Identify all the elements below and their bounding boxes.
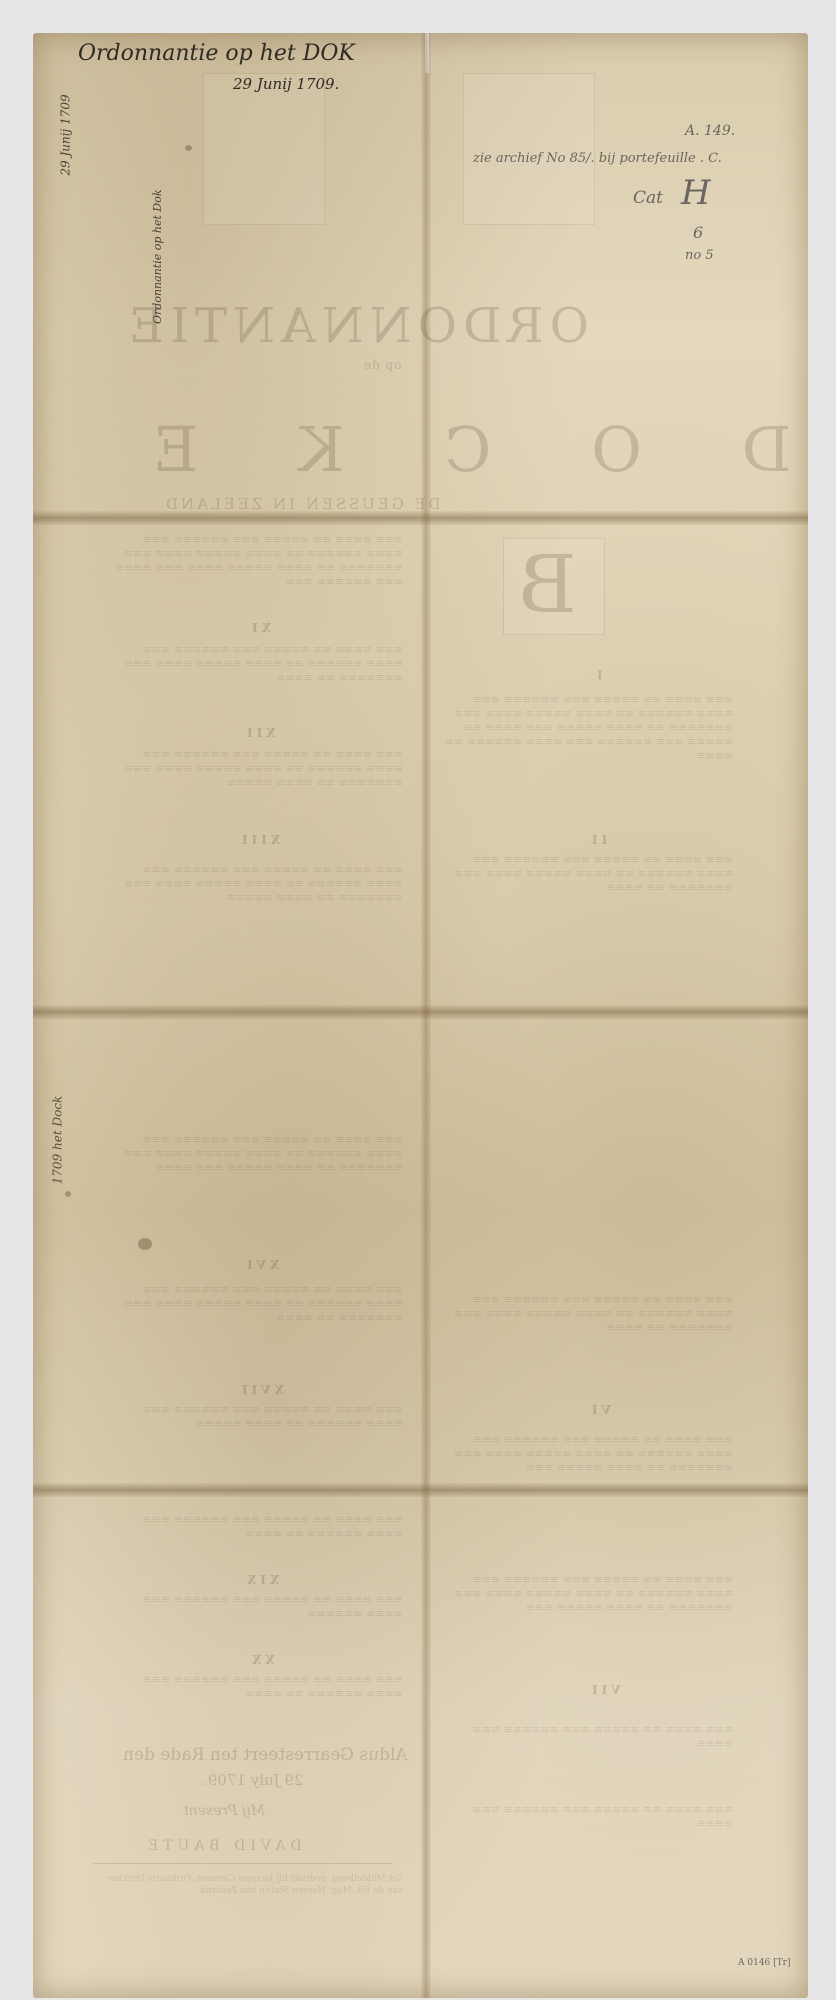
showthrough-title-line3: DE GEUSSEN IN ZEELAND (163, 495, 441, 513)
showthrough-body: ≡≡≡ ≡≡≡≡ ≡≡ ≡≡≡≡≡ ≡≡≡ ≡≡≡≡≡≡ ≡≡≡ ≡≡≡≡ ≡≡… (443, 693, 733, 823)
archive-note: zie archief No 85/. bij portefeuille . C… (473, 151, 722, 166)
showthrough-body: ≡≡≡ ≡≡≡≡ ≡≡ ≡≡≡≡≡ ≡≡≡ ≡≡≡≡≡≡ ≡≡≡ ≡≡≡≡ ≡≡… (113, 1283, 403, 1373)
showthrough-body: ≡≡≡ ≡≡≡≡ ≡≡ ≡≡≡≡≡ ≡≡≡ ≡≡≡≡≡≡ ≡≡≡ ≡≡≡≡ ≡≡… (113, 1133, 403, 1233)
showthrough-closing-3: Mij Present (183, 1803, 265, 1819)
margin-title: Ordonnantie op het Dok (151, 190, 164, 324)
showthrough-section: II (588, 833, 607, 847)
showthrough-woodcut-right (463, 73, 595, 225)
showthrough-woodcut-left (203, 73, 325, 225)
showthrough-body: ≡≡≡ ≡≡≡≡ ≡≡ ≡≡≡≡≡ ≡≡≡ ≡≡≡≡≡≡ ≡≡≡ ≡≡≡≡ ≡≡… (113, 748, 403, 818)
showthrough-body: ≡≡≡ ≡≡≡≡ ≡≡ ≡≡≡≡≡ ≡≡≡ ≡≡≡≡≡≡ ≡≡≡ ≡≡≡≡ ≡≡… (113, 1403, 403, 1473)
cat-letter: H (681, 173, 711, 213)
cat-no: no 5 (685, 248, 714, 263)
showthrough-section: I (593, 668, 603, 682)
showthrough-body: ≡≡≡ ≡≡≡≡ ≡≡ ≡≡≡≡≡ ≡≡≡ ≡≡≡≡≡≡ ≡≡≡ ≡≡≡≡ ≡≡… (443, 1573, 733, 1683)
cat-label: Cat (633, 188, 663, 208)
handwritten-date: 29 Junij 1709. (233, 75, 339, 93)
showthrough-rule (93, 1863, 393, 1864)
document-sheet: ORDONNANTIE op de D O C K E DE GEUSSEN I… (33, 33, 808, 1998)
bottom-stamp: A 0146 [Tr] (738, 1958, 790, 1968)
showthrough-body: ≡≡≡ ≡≡≡≡ ≡≡ ≡≡≡≡≡ ≡≡≡ ≡≡≡≡≡≡ ≡≡≡ ≡≡≡≡ ≡≡… (113, 533, 403, 613)
showthrough-body: ≡≡≡ ≡≡≡≡ ≡≡ ≡≡≡≡≡ ≡≡≡ ≡≡≡≡≡≡ ≡≡≡ ≡≡≡≡ ≡≡… (113, 863, 403, 943)
showthrough-section: XIX (243, 1573, 279, 1587)
stain (185, 145, 192, 151)
stain (138, 1238, 152, 1250)
showthrough-section: XVII (238, 1383, 284, 1397)
horizontal-fold-2 (33, 1005, 808, 1019)
showthrough-section: XI (248, 621, 271, 635)
showthrough-title-line2: D O C K E (113, 413, 791, 486)
cat-sub: 6 (693, 223, 703, 242)
showthrough-body: ≡≡≡ ≡≡≡≡ ≡≡ ≡≡≡≡≡ ≡≡≡ ≡≡≡≡≡≡ ≡≡≡ ≡≡≡≡ ≡≡… (443, 853, 733, 943)
showthrough-body: ≡≡≡ ≡≡≡≡ ≡≡ ≡≡≡≡≡ ≡≡≡ ≡≡≡≡≡≡ ≡≡≡ ≡≡≡≡ ≡≡… (113, 1593, 403, 1643)
horizontal-fold-1 (33, 511, 808, 525)
showthrough-signature: DAVID BAUTE (143, 1838, 302, 1854)
stain (65, 1191, 71, 1197)
showthrough-body: ≡≡≡ ≡≡≡≡ ≡≡ ≡≡≡≡≡ ≡≡≡ ≡≡≡≡≡≡ ≡≡≡ ≡≡≡≡ ≡≡… (113, 1673, 403, 1733)
archive-ref: A. 149. (685, 123, 735, 139)
margin-date: 29 Junij 1709 (59, 94, 73, 175)
showthrough-body: ≡≡≡ ≡≡≡≡ ≡≡ ≡≡≡≡≡ ≡≡≡ ≡≡≡≡≡≡ ≡≡≡ ≡≡≡≡ ≡≡… (113, 1513, 403, 1573)
showthrough-closing-2: 29 July 1709. (203, 1771, 304, 1789)
showthrough-body: ≡≡≡ ≡≡≡≡ ≡≡ ≡≡≡≡≡ ≡≡≡ ≡≡≡≡≡≡ ≡≡≡ ≡≡≡≡ ≡≡… (113, 643, 403, 703)
showthrough-initial: B (518, 538, 577, 631)
showthrough-body: ≡≡≡ ≡≡≡≡ ≡≡ ≡≡≡≡≡ ≡≡≡ ≡≡≡≡≡≡ ≡≡≡ ≡≡≡≡ (443, 1803, 733, 1853)
showthrough-title-line1: ORDONNANTIE (123, 298, 589, 354)
showthrough-section: XII (243, 726, 276, 740)
showthrough-section: XX (248, 1653, 275, 1667)
showthrough-printer: Tot Middelburg, gedrukt bij Jacques Clem… (103, 1873, 403, 1903)
margin-note-mid: 1709 het Dock (50, 1096, 64, 1185)
handwritten-title: Ordonnantie op het DOK (78, 41, 355, 66)
showthrough-body: ≡≡≡ ≡≡≡≡ ≡≡ ≡≡≡≡≡ ≡≡≡ ≡≡≡≡≡≡ ≡≡≡ ≡≡≡≡ ≡≡… (443, 1293, 733, 1383)
showthrough-closing-1: Aldus Gearresteert ten Rade den (123, 1745, 408, 1765)
showthrough-section: VI (588, 1403, 611, 1417)
showthrough-body: ≡≡≡ ≡≡≡≡ ≡≡ ≡≡≡≡≡ ≡≡≡ ≡≡≡≡≡≡ ≡≡≡ ≡≡≡≡ (443, 1723, 733, 1773)
showthrough-body: ≡≡≡ ≡≡≡≡ ≡≡ ≡≡≡≡≡ ≡≡≡ ≡≡≡≡≡≡ ≡≡≡ ≡≡≡≡ ≡≡… (443, 1433, 733, 1533)
showthrough-section: VII (588, 1683, 621, 1697)
showthrough-section: XVI (243, 1258, 279, 1272)
showthrough-section: XIII (238, 833, 280, 847)
showthrough-title-of: op de (363, 358, 402, 372)
